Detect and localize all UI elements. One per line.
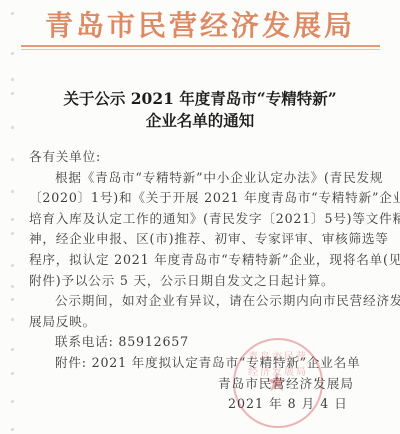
- header-red-rule-thin: [21, 49, 380, 50]
- paragraph-line: 公示期间，如对企业有异议，请在公示期内向市民营经济发: [29, 291, 400, 312]
- issuing-agency-header: 青岛市民营经济发展局: [0, 8, 400, 44]
- paragraph-line: 神，经企业申报、区(市)推荐、初审、专家评审、审核筛选等: [29, 229, 389, 250]
- salutation: 各有关单位:: [29, 147, 101, 168]
- signature-org: 青岛市民营经济发展局: [218, 373, 354, 392]
- signature-date: 2021 年 8 月 4 日: [228, 393, 348, 412]
- header-red-rule: [21, 45, 380, 47]
- document-title-line-2: 企业名单的通知: [0, 110, 400, 132]
- paragraph-line: 程序，拟认定 2021 年度青岛市“专精特新”企业，现将名单(见: [29, 250, 400, 271]
- document-title-line-1: 关于公示 2021 年度青岛市“专精特新”: [0, 88, 400, 110]
- binding-holes: [11, 0, 15, 434]
- paragraph-line: 〔2020〕1号)和《关于开展 2021 年度青岛市“专精特新”企业: [29, 188, 400, 209]
- paragraph-line: 培育入库及认定工作的通知》(青民发字〔2021〕5号)等文件精: [29, 209, 400, 230]
- paragraph-line: 附件)予以公示 5 天，公示日期自发文之日起计算。: [29, 271, 334, 292]
- document-page: 青岛市民营经济发展局 关于公示 2021 年度青岛市“专精特新” 企业名单的通知…: [0, 0, 400, 434]
- contact-phone: 联系电话: 85912657: [29, 332, 189, 353]
- paragraph-line: 展局反映。: [29, 312, 96, 333]
- paragraph-line: 根据《青岛市“专精特新”中小企业认定办法》(青民发规: [29, 168, 383, 189]
